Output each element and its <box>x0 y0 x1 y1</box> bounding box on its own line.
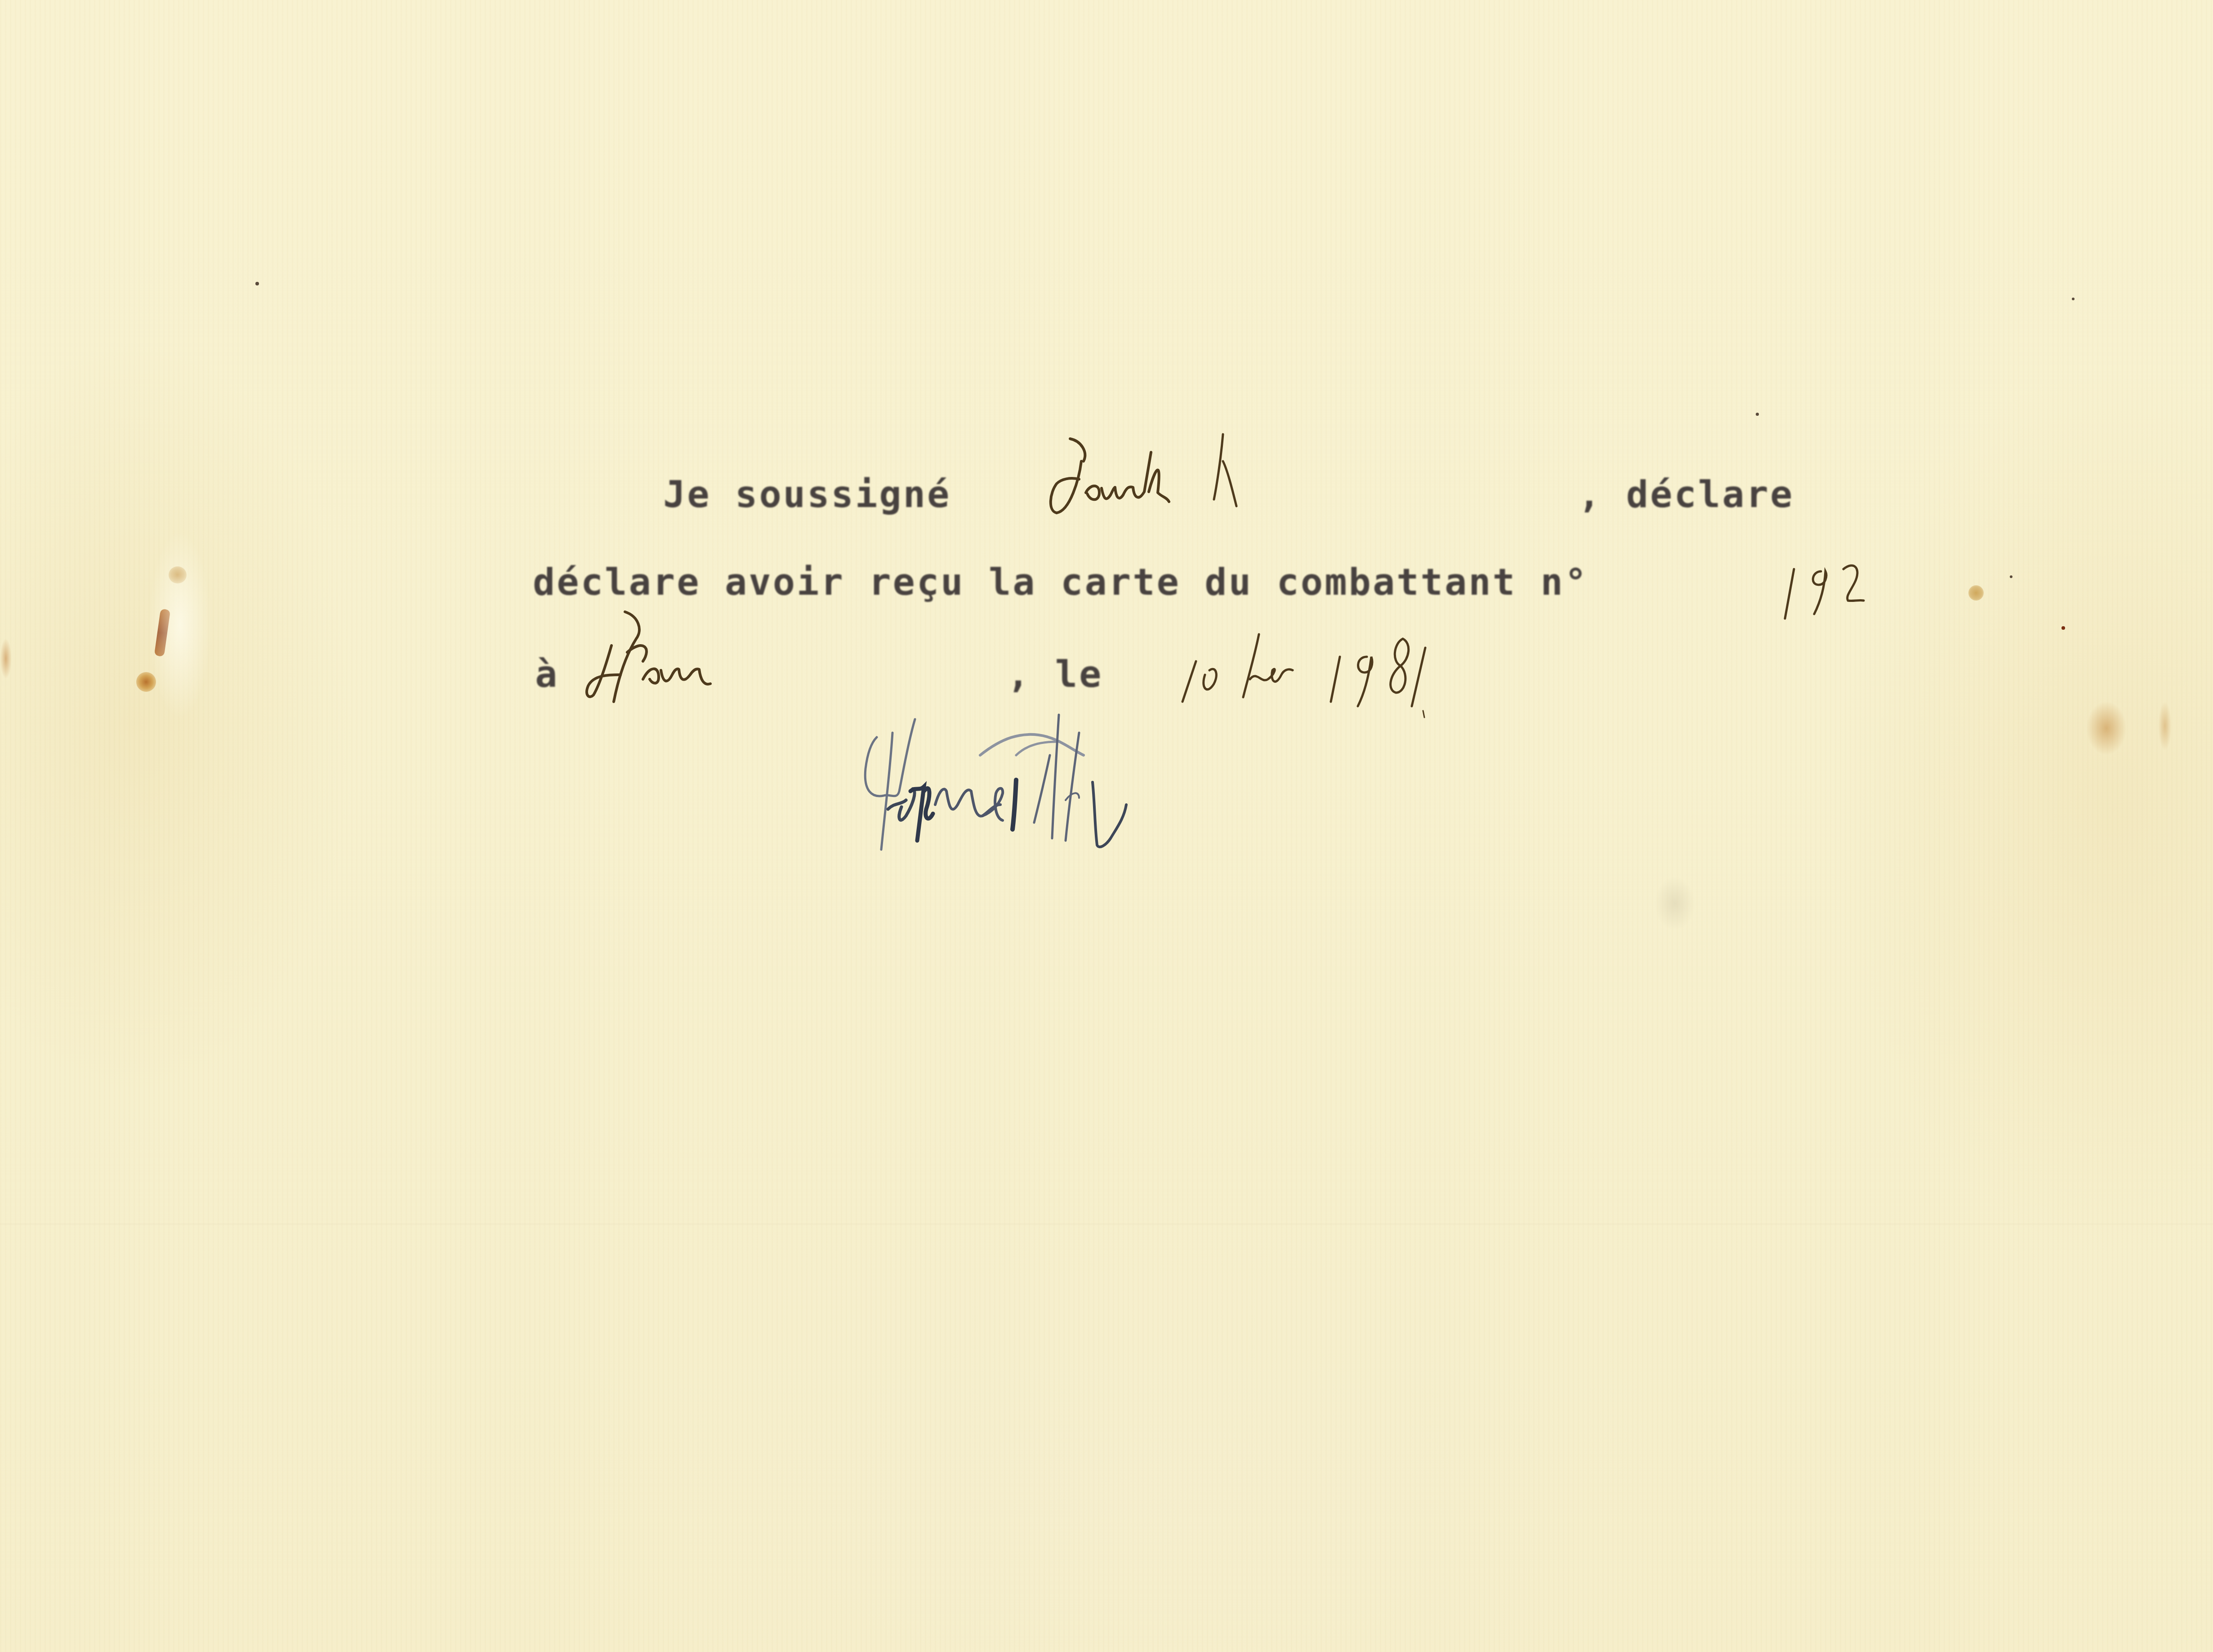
ink-speck <box>255 282 259 285</box>
handwritten-number-strokes <box>1776 551 1870 623</box>
ink-speck <box>2010 575 2012 578</box>
faint-grey-blotch <box>1655 877 1695 931</box>
typed-text-declare-comma: , déclare <box>1578 476 1794 513</box>
handwritten-card-number: 192 <box>1767 544 1861 611</box>
rust-stain-bottom <box>136 672 156 692</box>
typed-text-declare-avoir-recu: déclare avoir reçu la carte du combattan… <box>533 564 1588 601</box>
foxing-right <box>2086 701 2127 755</box>
ink-speck <box>2072 298 2075 300</box>
signature: Forveith <box>845 715 1259 863</box>
typed-text-a: à <box>535 656 559 693</box>
stain-right-spot <box>1968 585 1984 601</box>
typed-text-le: , le <box>1007 656 1103 693</box>
water-blotch-left <box>148 530 211 719</box>
handwritten-date: 10 Fev 1931 <box>1169 605 1556 699</box>
ink-speck <box>1756 413 1759 416</box>
foxing-right-edge <box>2158 701 2172 751</box>
rust-stain-top <box>169 566 187 583</box>
handwritten-place: S Pau <box>567 605 773 695</box>
ink-speck <box>2061 626 2065 630</box>
edge-stain-left <box>0 638 12 679</box>
document-page: Je soussigné Forveith Jo , déclare décla… <box>0 0 2213 1652</box>
handwritten-place-strokes <box>576 612 782 706</box>
handwritten-date-strokes <box>1178 612 1565 711</box>
handwritten-name: Forveith Jo <box>1030 427 1344 508</box>
handwritten-name-strokes <box>1039 434 1353 520</box>
typed-text-je-soussigne: Je soussigné <box>663 476 951 513</box>
signature-strokes <box>845 715 1259 863</box>
paper-fold-line <box>0 1223 2213 1225</box>
rust-stain-streak <box>154 609 170 657</box>
